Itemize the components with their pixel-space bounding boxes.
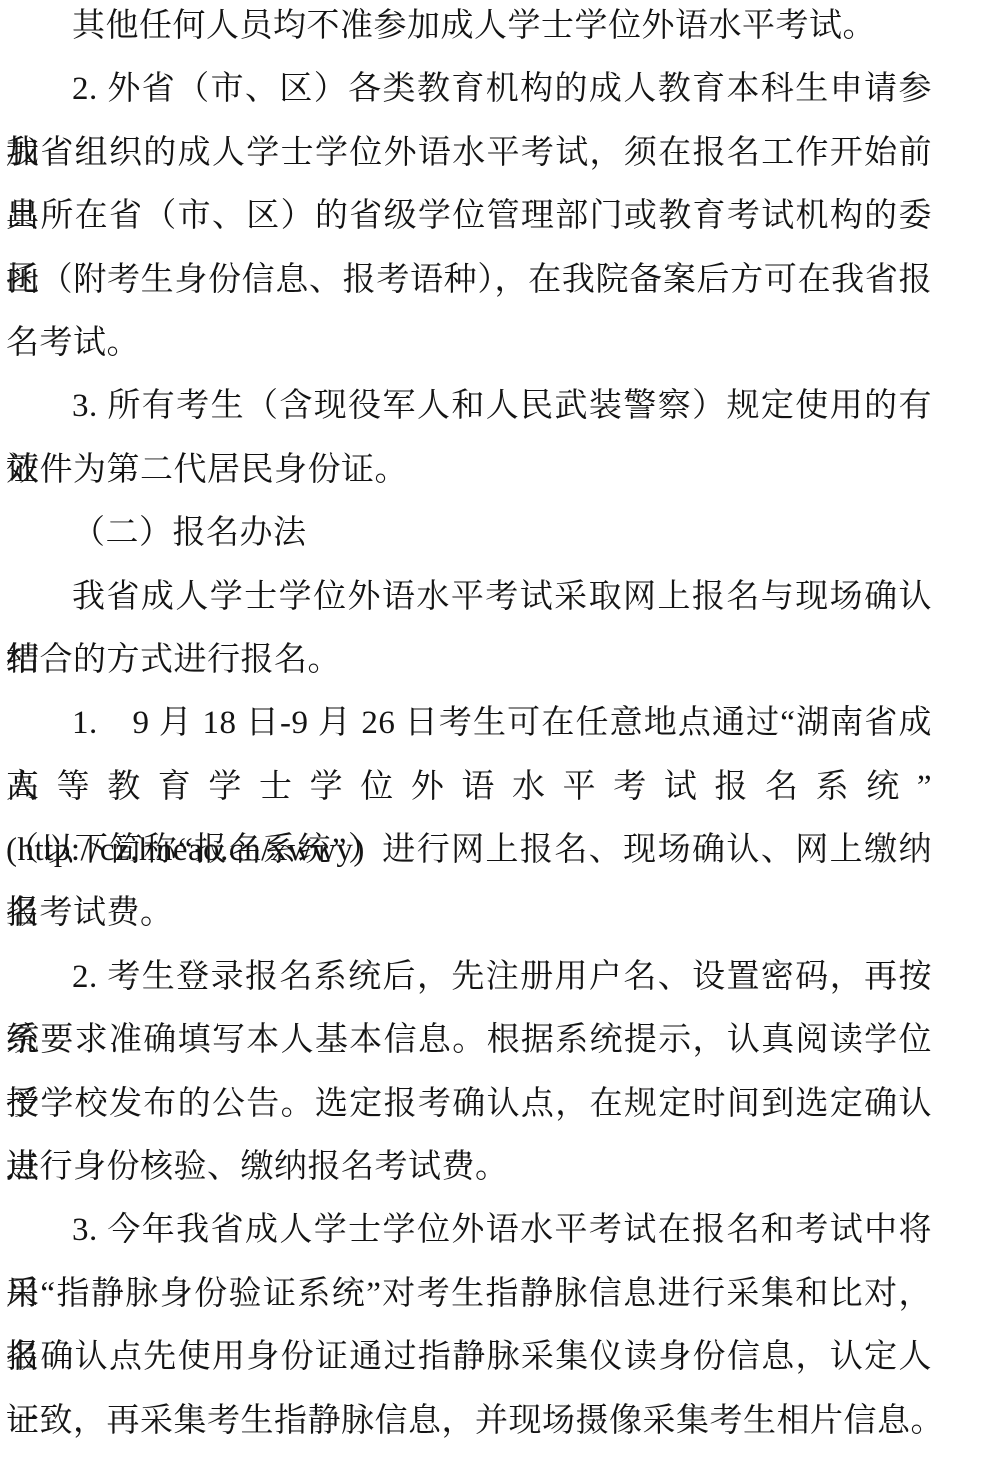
- text-line: 名考试。: [6, 312, 932, 375]
- text-line: 名考试费。: [6, 882, 932, 945]
- text-line: （以下简称“报名系统”）进行网上报名、现场确认、网上缴纳报: [6, 819, 932, 882]
- text-line: 结合的方式进行报名。: [6, 629, 932, 692]
- text-line: 2. 外省（市、区）各类教育机构的成人教育本科生申请参加: [6, 58, 932, 121]
- text-line: 证件为第二代居民身份证。: [6, 439, 932, 502]
- text-line: （二）报名办法: [6, 502, 932, 565]
- text-line: 我省成人学士学位外语水平考试采取网上报名与现场确认相: [6, 566, 932, 629]
- text-line: 3. 所有考生（含现役军人和人民武装警察）规定使用的有效: [6, 375, 932, 438]
- text-line: 2. 考生登录报名系统后，先注册用户名、设置密码，再按系: [6, 946, 932, 1009]
- text-line: 3. 今年我省成人学士学位外语水平考试在报名和考试中将采: [6, 1199, 932, 1262]
- document-page: 其他任何人员均不准参加成人学士学位外语水平考试。2. 外省（市、区）各类教育机构…: [0, 0, 1000, 1456]
- text-line: 进行身份核验、缴纳报名考试费。: [6, 1136, 932, 1199]
- text-line: 一致，再采集考生指静脉信息，并现场摄像采集考生相片信息。: [6, 1390, 932, 1453]
- text-line: 用“指静脉身份验证系统”对考生指静脉信息进行采集和比对，报: [6, 1263, 932, 1326]
- text-lines: 其他任何人员均不准参加成人学士学位外语水平考试。2. 外省（市、区）各类教育机构…: [6, 0, 932, 1453]
- text-line: 函（附考生身份信息、报考语种），在我院备案后方可在我省报: [6, 249, 932, 312]
- text-line: 名确认点先使用身份证通过指静脉采集仪读身份信息，认定人证: [6, 1326, 932, 1389]
- text-line: 予学校发布的公告。选定报考确认点，在规定时间到选定确认点: [6, 1073, 932, 1136]
- text-line: 其他任何人员均不准参加成人学士学位外语水平考试。: [6, 0, 932, 58]
- text-line: 高等教育学士学位外语水平考试报名系统” (http://cz.hneao.cn/…: [6, 756, 932, 819]
- text-line: 1. 9 月 18 日-9 月 26 日考生可在任意地点通过“湖南省成人: [6, 692, 932, 755]
- text-line: 具所在省（市、区）的省级学位管理部门或教育考试机构的委托: [6, 185, 932, 248]
- text-line: 统要求准确填写本人基本信息。根据系统提示，认真阅读学位授: [6, 1009, 932, 1072]
- text-line: 我省组织的成人学士学位外语水平考试，须在报名工作开始前出: [6, 122, 932, 185]
